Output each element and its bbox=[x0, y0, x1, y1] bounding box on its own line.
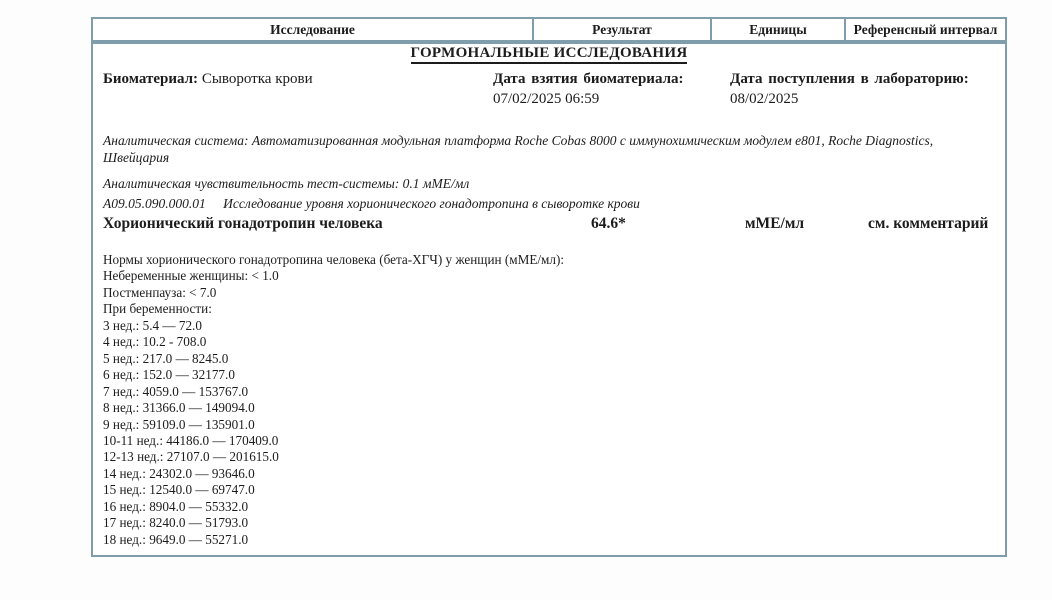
norms-line: 5 нед.: 217.0 — 8245.0 bbox=[103, 351, 564, 367]
norms-line: 18 нед.: 9649.0 — 55271.0 bbox=[103, 532, 564, 548]
norms-line: Небеременные женщины: < 1.0 bbox=[103, 268, 564, 284]
norms-line: 16 нед.: 8904.0 — 55332.0 bbox=[103, 499, 564, 515]
test-code: A09.05.090.000.01 bbox=[103, 196, 206, 211]
biomaterial-value: Сыворотка крови bbox=[202, 71, 313, 87]
norms-line: Постменпауза: < 7.0 bbox=[103, 285, 564, 301]
results-table-header: Исследование Результат Единицы Референсн… bbox=[91, 17, 1007, 42]
norms-line: 4 нед.: 10.2 - 708.0 bbox=[103, 334, 564, 350]
norms-line: 15 нед.: 12540.0 — 69747.0 bbox=[103, 482, 564, 498]
norms-line: 7 нед.: 4059.0 — 153767.0 bbox=[103, 384, 564, 400]
norms-comment-block: Нормы хорионического гонадотропина челов… bbox=[103, 252, 564, 548]
column-header-study: Исследование bbox=[93, 19, 534, 40]
column-header-reference: Референсный интервал bbox=[846, 19, 1005, 40]
analytical-sensitivity-note: Аналитическая чувствительность тест-сист… bbox=[103, 175, 469, 192]
lab-report-page: Исследование Результат Единицы Референсн… bbox=[0, 0, 1052, 600]
norms-line: 14 нед.: 24302.0 — 93646.0 bbox=[103, 466, 564, 482]
norms-line: 12-13 нед.: 27107.0 — 201615.0 bbox=[103, 449, 564, 465]
biomaterial-label: Биоматериал: bbox=[103, 71, 198, 87]
norms-line: 6 нед.: 152.0 — 32177.0 bbox=[103, 367, 564, 383]
collection-date-value: 07/02/2025 06:59 bbox=[493, 91, 599, 108]
norms-title: Нормы хорионического гонадотропина челов… bbox=[103, 252, 564, 268]
column-header-result: Результат bbox=[534, 19, 712, 40]
norms-line: 8 нед.: 31366.0 — 149094.0 bbox=[103, 400, 564, 416]
test-description: Исследование уровня хорионического гонад… bbox=[223, 196, 640, 211]
section-title: ГОРМОНАЛЬНЫЕ ИССЛЕДОВАНИЯ bbox=[93, 45, 1005, 62]
column-header-units: Единицы bbox=[712, 19, 846, 40]
result-test-name: Хорионический гонадотропин человека bbox=[103, 215, 383, 233]
result-units: мМЕ/мл bbox=[745, 215, 804, 233]
collection-date-label: Дата взятия биоматериала: bbox=[493, 71, 684, 88]
received-date-label: Дата поступления в лабораторию: bbox=[730, 71, 969, 88]
analytical-system-note: Аналитическая система: Автоматизированна… bbox=[103, 132, 991, 166]
norms-line: При беременности: bbox=[103, 301, 564, 317]
norms-line: 17 нед.: 8240.0 — 51793.0 bbox=[103, 515, 564, 531]
test-code-line: A09.05.090.000.01 Исследование уровня хо… bbox=[103, 196, 640, 212]
biomaterial-row: Биоматериал: Сыворотка крови bbox=[103, 71, 313, 88]
norms-line: 10-11 нед.: 44186.0 — 170409.0 bbox=[103, 433, 564, 449]
norms-line: 9 нед.: 59109.0 — 135901.0 bbox=[103, 417, 564, 433]
result-value: 64.6* bbox=[591, 215, 626, 233]
norms-line: 3 нед.: 5.4 — 72.0 bbox=[103, 318, 564, 334]
hormone-results-section: ГОРМОНАЛЬНЫЕ ИССЛЕДОВАНИЯ Биоматериал: С… bbox=[91, 42, 1007, 557]
received-date-value: 08/02/2025 bbox=[730, 91, 798, 108]
result-reference: см. комментарий bbox=[868, 215, 988, 233]
